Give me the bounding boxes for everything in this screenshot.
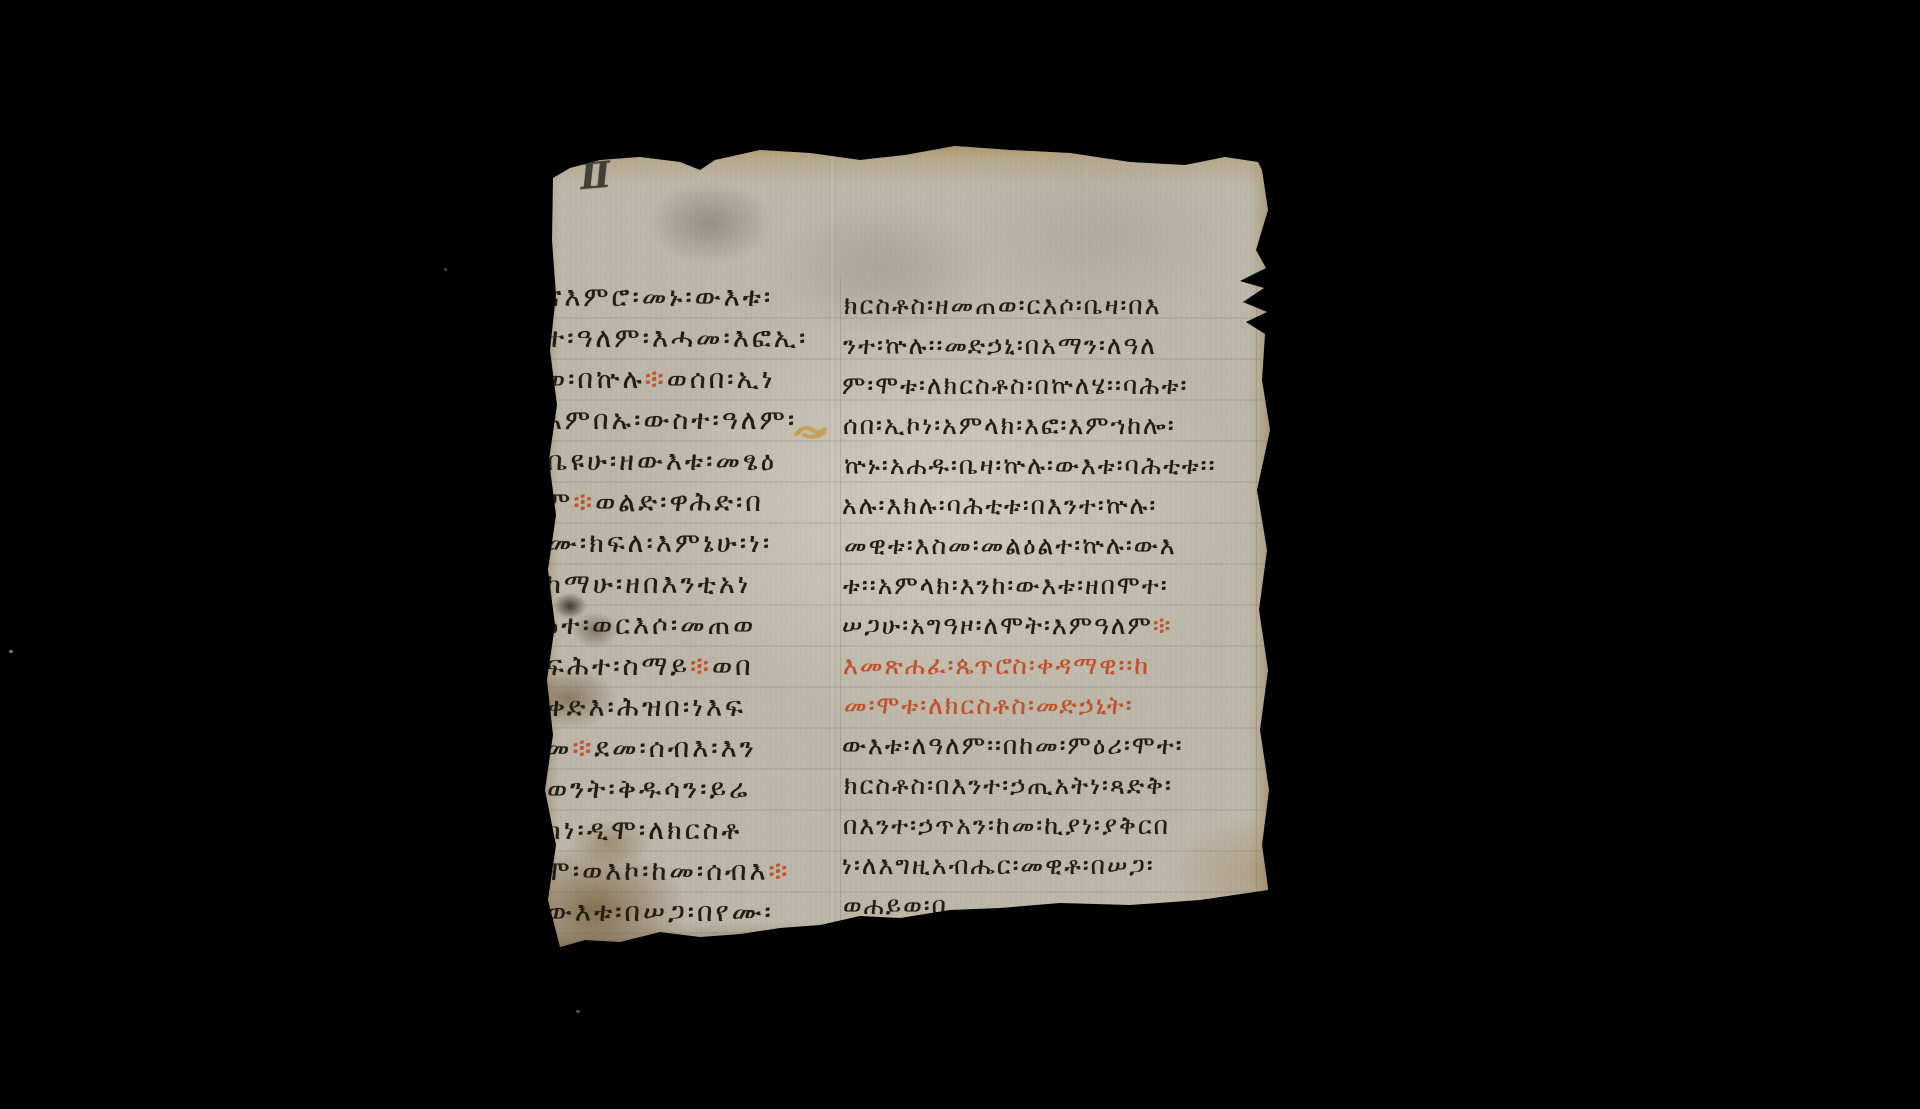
text-line: ሞ፡ወእኮ፡ከመ፡ሰብእ፨	[545, 851, 815, 892]
text-line: አምበኡ፡ውስተ፡ዓለም፡	[546, 400, 816, 441]
text-line: ከማሁ፡ዘበእንቲአነ	[546, 564, 816, 605]
dust-speck	[444, 268, 447, 271]
fold-crease	[829, 156, 835, 925]
photo-background: II ናእምሮ፡መኑ፡ውእቱ፡ተ፡ዓለም፡እሓመ፡እፎኢ፡ወ፡በኵሉ፨ወሰበ፡ኢ…	[0, 0, 1920, 1109]
manuscript-page: II ናእምሮ፡መኑ፡ውእቱ፡ተ፡ዓለም፡እሓመ፡እፎኢ፡ወ፡በኵሉ፨ወሰበ፡ኢ…	[540, 138, 1275, 953]
folio-number: II	[578, 157, 609, 195]
text-line: መዊቱ፡እስመ፡መልዕልተ፡ኵሉ፡ውእ	[844, 526, 1260, 566]
red-section-mark: ፨	[573, 487, 595, 518]
text-line: ሠጋሁ፡አግዓዞ፡ለሞት፡እምዓለም፨	[842, 606, 1258, 646]
text-line: ወ፡በኵሉ፨ወሰበ፡ኢነ	[545, 359, 815, 400]
text-line: ውእቱ፡በሠጋ፡በየሙ፡	[546, 892, 816, 933]
red-section-mark: ፨	[690, 651, 712, 682]
text-line: ተ፡ዓለም፡እሓመ፡እፎኢ፡	[546, 318, 816, 359]
text-line: ም፡ሞቱ፡ለክርስቶስ፡በኵለሄ፡፡ባሕቱ፡	[842, 366, 1258, 406]
dust-speck	[9, 650, 13, 653]
text-column-right: ክርስቶስ፡ዘመጠወ፡ርእሶ፡ቤዛ፡በእንተ፡ኵሉ፡፡መድኃኒ፡በአማን፡ለዓለ…	[843, 286, 1259, 926]
text-line: ካነ፡ዲሞ፡ለክርስቶ	[546, 810, 816, 851]
text-line: ውእቱ፡ለዓለም፡፡በከመ፡ምዕሪ፡ሞተ፡	[842, 726, 1258, 766]
column-ruling-line	[840, 278, 841, 933]
text-line: ፍሕተ፡ስማይ፨ወበ	[546, 646, 816, 687]
red-section-mark: ፨	[645, 364, 667, 395]
text-line: አሉ፡እክሉ፡ባሕቲቱ፡በእንተ፡ኵሉ፡	[842, 486, 1258, 526]
text-line: ቤዩሁ፡ዘውእቱ፡መፄዕ	[547, 441, 817, 482]
text-line: ኵኑ፡አሐዱ፡ቤዛ፡ኵሉ፡ውእቱ፡ባሕቲቱ፡፡	[844, 446, 1260, 486]
text-line: ዕተ፡ወርእሶ፡መጠወ	[545, 605, 815, 646]
text-line: ናእምሮ፡መኑ፡ውእቱ፡	[547, 277, 817, 318]
text-line: ም፨ወልድ፡ዋሕድ፡በ	[545, 482, 815, 523]
text-line: መ፨ደመ፡ሰብእ፡እን	[545, 728, 815, 769]
text-line: ንተ፡ኵሉ፡፡መድኃኒ፡በአማን፡ለዓለ	[843, 326, 1259, 366]
red-section-mark: ፨	[1153, 611, 1173, 640]
text-line: ሙ፡ክፍለ፡እምኔሁ፡ነ፡	[547, 523, 817, 564]
rubric-text-line: መ፡ሞቱ፡ለክርስቶስ፡መድኃኒት፡	[844, 686, 1260, 726]
red-section-mark: ፨	[769, 856, 791, 887]
text-line: ክርስቶስ፡በእንተ፡ኃጢአትነ፡ጻድቅ፡	[844, 766, 1260, 806]
red-section-mark: ፨	[572, 733, 594, 764]
text-line: ወንት፡ቅዱሳን፡ይሬ	[547, 769, 817, 810]
text-column-left: ናእምሮ፡መኑ፡ውእቱ፡ተ፡ዓለም፡እሓመ፡እፎኢ፡ወ፡በኵሉ፨ወሰበ፡ኢነአም…	[546, 277, 816, 933]
text-line: ወሐይወ፡በ	[843, 886, 1259, 926]
text-line: ክርስቶስ፡ዘመጠወ፡ርእሶ፡ቤዛ፡በእ	[844, 286, 1260, 326]
text-line: ሰበ፡ኢኮነ፡አምላክ፡እፎ፡እምኀከሎ፡	[843, 406, 1259, 446]
rubric-text-line: እመጽሐፈ፡ጴጥሮስ፡ቀዳማዊ፡፡ከ	[843, 646, 1259, 686]
text-line: ቱ፡፡አምላክ፡እንከ፡ውእቱ፡ዘበሞተ፡	[843, 566, 1259, 606]
dust-speck	[576, 1010, 580, 1013]
text-line: በእንተ፡ኃጥአን፡ከመ፡ኪያነ፡ያቅርበ	[843, 806, 1259, 846]
text-line: ቀድእ፡ሕዝበ፡ነእፍ	[547, 687, 817, 728]
margin-mark-icon	[792, 420, 836, 442]
text-line: ነ፡ለእግዚአብሔር፡መዊቶ፡በሠጋ፡	[842, 846, 1258, 886]
